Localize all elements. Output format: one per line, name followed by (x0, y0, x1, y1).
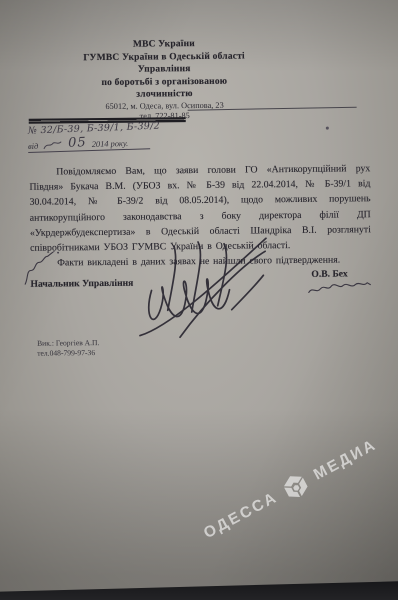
letterhead-block: МВС України ГУМВС України в Одеській обл… (28, 37, 301, 124)
executor-name: Вик.: Георгіев А.П. (37, 338, 99, 349)
date-day-handwritten: 05 (68, 137, 87, 150)
executor-block: Вик.: Георгіев А.П. тел.048-799-97-36 (37, 338, 100, 359)
date-prefix: від (28, 142, 38, 151)
signer-title: Начальник Управління (30, 278, 133, 290)
executor-phone: тел.048-799-97-36 (37, 348, 99, 359)
date-year: 2014 року. (92, 139, 129, 149)
paper-sheet: МВС України ГУМВС України в Одеській обл… (0, 0, 398, 600)
handwriting-squiggle (43, 140, 63, 151)
signer-name: О.В. Бех (311, 268, 347, 279)
signature-scribble (133, 237, 272, 340)
reference-date-line: від 05 2014 року. (28, 135, 150, 153)
document-photo: МВС України ГУМВС України в Одеській обл… (0, 0, 398, 600)
signer-handwritten-note (306, 278, 373, 296)
ink-speck (326, 127, 329, 130)
